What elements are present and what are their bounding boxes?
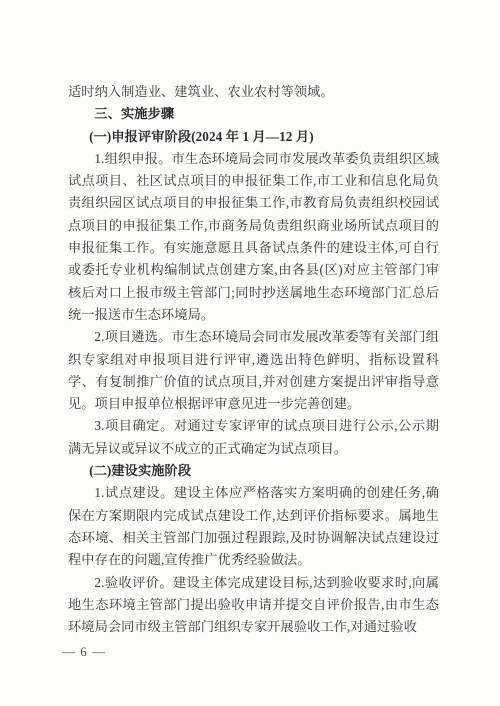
sub-heading-construction-implementation-phase: (二)建设实施阶段 (68, 460, 439, 482)
page-number: — 6 — (62, 644, 106, 660)
paragraph-acceptance-evaluation: 2.验收评价。建设主体完成建设目标,达到验收要求时,向属地生态环境主管部门提出验… (68, 572, 439, 639)
paragraph-project-confirmation: 3.项目确定。对通过专家评审的试点项目进行公示,公示期满无异议或异议不成立的正式… (68, 415, 439, 460)
paragraph-project-selection: 2.项目遴选。市生态环境局会同市发展改革委等有关部门组织专家组对申报项目进行评审… (68, 326, 439, 415)
paragraph-pilot-construction: 1.试点建设。建设主体应严格落实方案明确的创建任务,确保在方案期限内完成试点建设… (68, 482, 439, 571)
document-body: 适时纳入制造业、建筑业、农业农村等领域。 三、实施步骤 (一)申报评审阶段(20… (68, 81, 439, 638)
document-page: 适时纳入制造业、建筑业、农业农村等领域。 三、实施步骤 (一)申报评审阶段(20… (0, 0, 500, 706)
paragraph-continuation: 适时纳入制造业、建筑业、农业农村等领域。 (68, 81, 439, 103)
paragraph-organize-application: 1.组织申报。市生态环境局会同市发展改革委负责组织区域试点项目、社区试点项目的申… (68, 148, 439, 326)
section-heading-implementation-steps: 三、实施步骤 (68, 103, 439, 125)
sub-heading-application-review-phase: (一)申报评审阶段(2024 年 1 月—12 月) (68, 126, 439, 148)
